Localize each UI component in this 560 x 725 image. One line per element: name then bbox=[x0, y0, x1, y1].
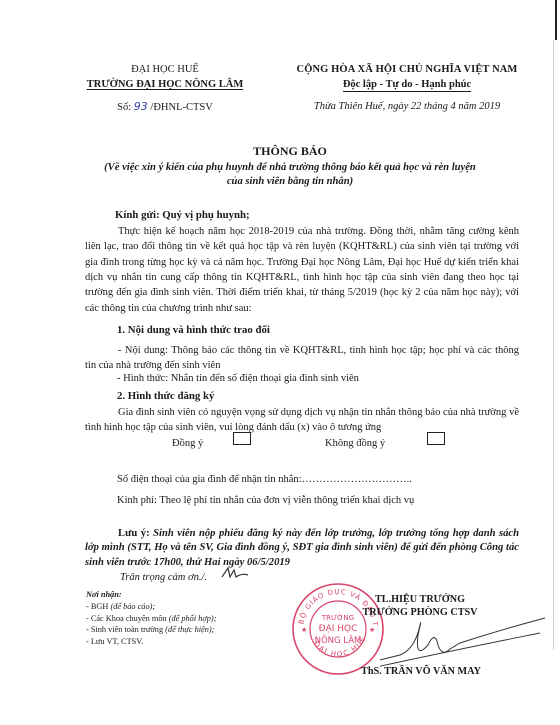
document-subtitle: (Về việc xin ý kiến của phụ huynh để nhà… bbox=[60, 161, 520, 189]
university-name: ĐẠI HỌC HUẾ bbox=[60, 63, 270, 77]
content-text: - Nội dung: Thông báo các thông tin về K… bbox=[85, 345, 519, 371]
number-suffix: /ĐHNL-CTSV bbox=[150, 102, 212, 113]
issuer-block: ĐẠI HỌC HUẾ TRƯỜNG ĐẠI HỌC NÔNG LÂM Số: … bbox=[60, 63, 270, 115]
motto: Độc lập - Tự do - Hạnh phúc bbox=[262, 78, 552, 92]
note-text: Sinh viên nộp phiếu đăng ký này đến lớp … bbox=[85, 528, 519, 568]
document-number: Số: 93 /ĐHNL-CTSV bbox=[60, 100, 270, 115]
school-name: TRƯỜNG ĐẠI HỌC NÔNG LÂM bbox=[60, 78, 270, 92]
document-title: THÔNG BÁO bbox=[60, 144, 520, 160]
phone-field[interactable]: Số điện thoại của gia đình để nhận tin n… bbox=[117, 473, 412, 487]
recipient-item: - BGH (để báo cáo); bbox=[86, 601, 216, 613]
section-1-heading: 1. Nội dung và hình thức trao đổi bbox=[117, 323, 270, 337]
handwritten-initial bbox=[220, 565, 250, 581]
recipient-item: - Sinh viên toàn trường (để thực hiện); bbox=[86, 624, 216, 636]
number-label: Số: bbox=[117, 102, 131, 113]
agree-label: Đồng ý bbox=[172, 437, 203, 451]
page-edge-line bbox=[553, 40, 554, 650]
note-paragraph: Lưu ý: Sinh viên nộp phiếu đăng ký này đ… bbox=[85, 527, 519, 570]
registration-text: Gia đình sinh viên có nguyện vọng sử dụn… bbox=[85, 407, 519, 433]
svg-text:★: ★ bbox=[369, 626, 375, 634]
intro-paragraph: Thực hiện kế hoạch năm học 2018-2019 của… bbox=[85, 224, 519, 316]
salutation: Kính gửi: Quý vị phụ huynh; bbox=[115, 208, 250, 222]
note-label: Lưu ý: bbox=[118, 528, 150, 539]
subtitle-line-1: (Về việc xin ý kiến của phụ huynh để nhà… bbox=[60, 161, 520, 175]
national-header: CỘNG HÒA XÃ HỘI CHỦ NGHĨA VIỆT NAM Độc l… bbox=[262, 63, 552, 114]
signer-name: ThS. TRẦN VÕ VĂN MAY bbox=[326, 665, 516, 678]
subtitle-line-2: của sinh viên bằng tin nhắn) bbox=[60, 175, 520, 189]
section-2-heading: 2. Hình thức đăng ký bbox=[117, 389, 214, 403]
page-edge bbox=[555, 0, 557, 40]
document-page: ĐẠI HỌC HUẾ TRƯỜNG ĐẠI HỌC NÔNG LÂM Số: … bbox=[0, 0, 560, 725]
recipient-item: - Các Khoa chuyên môn (để phối hợp); bbox=[86, 613, 216, 625]
recipient-item: - Lưu VT, CTSV. bbox=[86, 636, 216, 648]
agree-checkbox[interactable] bbox=[233, 432, 251, 445]
intro-text: Thực hiện kế hoạch năm học 2018-2019 của… bbox=[85, 226, 519, 314]
fee-info: Kinh phí: Theo lệ phí tin nhắn của đơn v… bbox=[117, 494, 414, 508]
disagree-checkbox[interactable] bbox=[427, 432, 445, 445]
recipients-list: Nơi nhận: - BGH (để báo cáo); - Các Khoa… bbox=[86, 589, 216, 648]
disagree-label: Không đồng ý bbox=[325, 437, 385, 451]
svg-text:ĐẠI HỌC: ĐẠI HỌC bbox=[319, 624, 358, 634]
signature-line-1: TL.HIỆU TRƯỞNG bbox=[330, 594, 510, 607]
recipients-heading: Nơi nhận: bbox=[86, 589, 216, 601]
place-date: Thừa Thiên Huế, ngày 22 tháng 4 năm 2019 bbox=[262, 100, 552, 114]
section-2-content: Gia đình sinh viên có nguyện vọng sử dụn… bbox=[85, 405, 519, 436]
svg-text:NÔNG LÂM: NÔNG LÂM bbox=[315, 634, 362, 646]
country-name: CỘNG HÒA XÃ HỘI CHỦ NGHĨA VIỆT NAM bbox=[262, 63, 552, 77]
svg-text:★: ★ bbox=[301, 626, 307, 634]
section-1-form: - Hình thức: Nhắn tin đến số điện thoại … bbox=[117, 372, 359, 386]
section-1-content: - Nội dung: Thông báo các thông tin về K… bbox=[85, 343, 519, 374]
number-value: 93 bbox=[134, 100, 148, 113]
closing-text: Trân trọng cảm ơn./. bbox=[120, 571, 207, 585]
motto-text: Độc lập - Tự do - Hạnh phúc bbox=[343, 79, 471, 92]
